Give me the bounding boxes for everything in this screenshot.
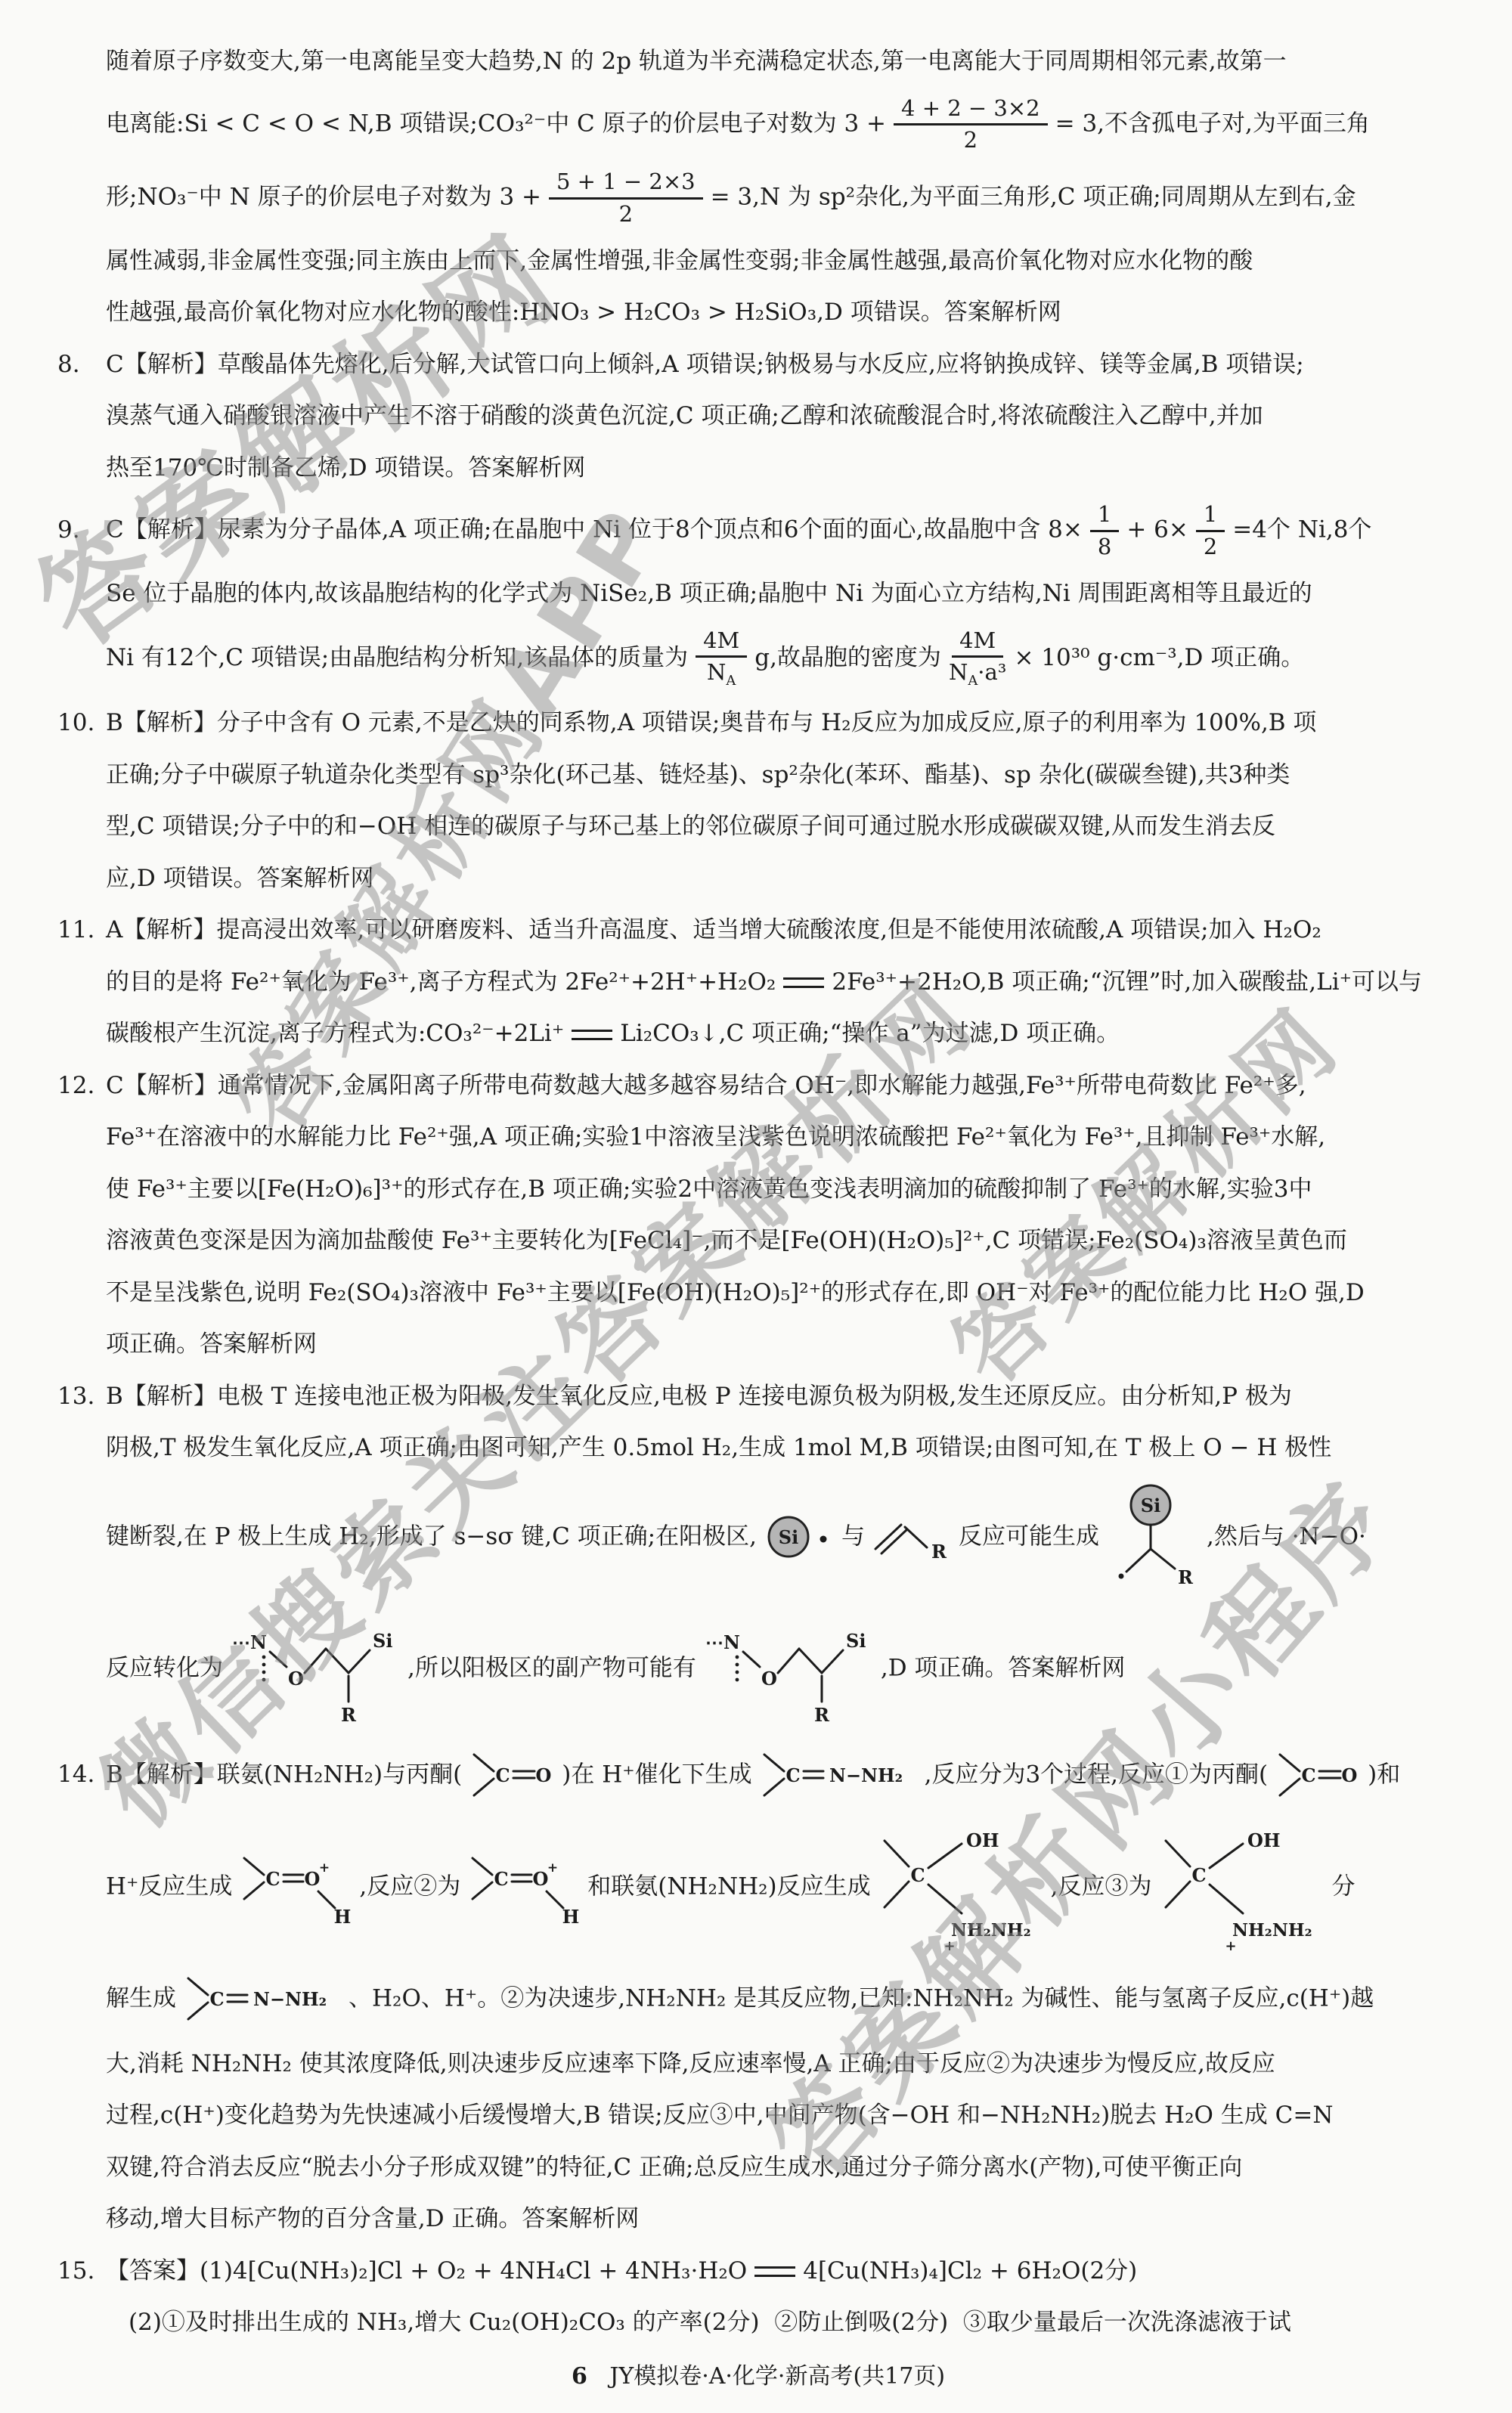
text-line: 解生成 C N−NH₂ 、H₂O、H⁺。②为决速步,NH₂NH₂ 是其反应物,已… <box>57 1969 1459 2030</box>
text-run: 2 <box>619 201 633 227</box>
lone-pair-dot <box>262 1670 266 1674</box>
svg-text:N−NH₂: N−NH₂ <box>253 1988 327 2010</box>
svg-text:+: + <box>1225 1938 1236 1953</box>
fraction-denominator: 2 <box>619 200 633 227</box>
text-run: N <box>707 659 726 685</box>
text-run: 碳酸根产生沉淀,离子方程式为:CO₃²⁻+2Li⁺ <box>106 1020 564 1047</box>
structure-carbonyl-icon: C O <box>468 1745 556 1806</box>
text-line: 形;NO₃⁻中 N 原子的价层电子对数为 3 +5 + 1 − 2×32= 3,… <box>57 169 1459 227</box>
text-run: 属性减弱,非金属性变强;同主族由上而下,金属性增强,非金属性变弱;非金属性越强,… <box>106 247 1253 274</box>
structure-protonated-carbonyl-icon: C O + H <box>238 1849 353 1926</box>
text-line: 应,D 项错误。答案解析网 <box>57 861 1459 897</box>
text-run: C【解析】尿素为分子晶体,A 项正确;在晶胞中 Ni 位于8个顶点和6个面的面心… <box>106 516 1083 544</box>
text-run: 电离能:Si < C < O < N,B 项错误;CO₃²⁻中 C 原子的价层电… <box>106 110 886 137</box>
svg-text:+: + <box>943 1938 955 1953</box>
svg-text:⋯N: ⋯N <box>705 1631 740 1653</box>
text-run: ,D 项正确。答案解析网 <box>881 1654 1126 1681</box>
svg-text:H: H <box>334 1906 352 1926</box>
booklet-title: JY模拟卷·A·化学·新高考(共17页) <box>609 2363 945 2390</box>
text-line: 键断裂,在 P 极上生成 H₂,形成了 s−sσ 键,C 项正确;在阳极区, S… <box>57 1482 1459 1593</box>
text-line: 15.【答案】(1)4[Cu(NH₃)₂]Cl + O₂ + 4NH₄Cl + … <box>57 2253 1459 2289</box>
lone-pair-dot <box>262 1655 266 1659</box>
text-run: 项正确。答案解析网 <box>106 1330 317 1358</box>
text-run: 阴极,T 极发生氧化反应,A 项正确;由图可知,产生 0.5mol H₂,生成 … <box>106 1434 1331 1461</box>
text-run: 2Fe³⁺+2H₂O,B 项正确;“沉锂”时,加入碳酸盐,Li⁺可以与 <box>832 968 1422 996</box>
text-line: 移动,增大目标产物的百分含量,D 正确。答案解析网 <box>57 2201 1459 2237</box>
svg-text:C: C <box>1302 1764 1316 1786</box>
text-run: = 3,N 为 sp²杂化,为平面三角形,C 项正确;同周期从左到右,金 <box>711 184 1356 211</box>
svg-text:C: C <box>496 1764 510 1786</box>
text-line: 性越强,最高价氧化物对应水化物的酸性:HNO₃ > H₂CO₃ > H₂SiO₃… <box>57 295 1459 330</box>
text-run: 型,C 项错误;分子中的和−OH 相连的碳原子与环己基上的邻位碳原子间可通过脱水… <box>106 813 1275 840</box>
text-run: 大,消耗 NH₂NH₂ 使其浓度降低,则决速步反应速率下降,反应速率慢,A 正确… <box>106 2050 1275 2077</box>
lone-pair-dot <box>735 1662 739 1666</box>
scanned-answer-page: 答案解析网 答案解析网APP 微信搜索关注答案解析网 答案解析网 答案解析网小程… <box>0 0 1512 2413</box>
text-line: 过程,c(H⁺)变化趋势为先快速减小后缓慢增大,B 错误;反应③中,中间产物(含… <box>57 2098 1459 2133</box>
fraction-denominator: 2 <box>1204 532 1217 559</box>
text-run: Se 位于晶胞的体内,故该晶胞结构的化学式为 NiSe₂,B 项正确;晶胞中 N… <box>106 580 1312 607</box>
text-line: 8.C【解析】草酸晶体先熔化,后分解,大试管口向上倾斜,A 项错误;钠极易与水反… <box>57 347 1459 383</box>
answer-item-9: 9.C【解析】尿素为分子晶体,A 项正确;在晶胞中 Ni 位于8个顶点和6个面的… <box>57 502 1459 689</box>
fraction-numerator: 5 + 1 − 2×3 <box>549 169 703 199</box>
structure-imine-hydrazone-icon: C N−NH₂ <box>758 1745 919 1806</box>
text-line: 11.A【解析】提高浸出效率,可以研磨废料、适当升高温度、适当增大硫酸浓度,但是… <box>57 912 1459 948</box>
fraction-denominator: 8 <box>1098 532 1111 559</box>
item-number: 9. <box>57 513 106 548</box>
text-run: ,反应②为 <box>359 1872 460 1900</box>
fraction: 4MNA·a³ <box>949 628 1007 689</box>
structure-carbinolamine-intermediate-icon: C OH NH₂NH₂ + <box>877 1823 1045 1953</box>
fraction-numerator: 1 <box>1090 502 1119 531</box>
text-run: 4M <box>703 627 739 653</box>
text-run: g,故晶胞的密度为 <box>754 643 941 671</box>
text-run: 2 <box>1204 534 1217 559</box>
text-line: 溴蒸气通入硝酸银溶液中产生不溶于硝酸的淡黄色沉淀,C 项正确;乙醇和浓硫酸混合时… <box>57 398 1459 434</box>
answer-item-10: 10.B【解析】分子中含有 O 元素,不是乙炔的同系物,A 项错误;奥昔布与 H… <box>57 705 1459 896</box>
text-run: ,所以阳极区的副产物可能有 <box>407 1654 696 1681</box>
svg-text:C: C <box>1191 1864 1206 1886</box>
text-run: 5 + 1 − 2×3 <box>556 169 696 194</box>
fraction-numerator: 4M <box>696 628 747 658</box>
text-run: 键断裂,在 P 极上生成 H₂,形成了 s−sσ 键,C 项正确;在阳极区, <box>106 1522 757 1550</box>
answer-item-11: 11.A【解析】提高浸出效率,可以研磨废料、适当升高温度、适当增大硫酸浓度,但是… <box>57 912 1459 1052</box>
answer-item-7-continued: 随着原子序数变大,第一电离能呈变大趋势,N 的 2p 轨道为半充满稳定状态,第一… <box>57 44 1459 330</box>
svg-text:C: C <box>785 1764 800 1786</box>
lone-pair-dot <box>735 1670 739 1674</box>
text-run: 4[Cu(NH₃)₄]Cl₂ + 6H₂O(2分) <box>803 2257 1137 2284</box>
text-line: 随着原子序数变大,第一电离能呈变大趋势,N 的 2p 轨道为半充满稳定状态,第一… <box>57 44 1459 79</box>
svg-text:O: O <box>761 1668 777 1690</box>
svg-text:O: O <box>1342 1764 1358 1786</box>
fraction: 18 <box>1090 502 1119 559</box>
lone-pair-dot <box>262 1677 266 1681</box>
text-line: 14.B【解析】联氨(NH₂NH₂)与丙酮( C O )在 H⁺催化下生成 C … <box>57 1745 1459 1806</box>
structure-silyl-radical-icon: Si <box>763 1511 835 1564</box>
text-line: Se 位于晶胞的体内,故该晶胞结构的化学式为 NiSe₂,B 项正确;晶胞中 N… <box>57 576 1459 612</box>
text-run: N <box>949 659 968 685</box>
fraction: 4MNA <box>696 628 747 689</box>
text-run: 溶液黄色变深是因为滴加盐酸使 Fe³⁺主要转化为[FeCl₄]⁻,而不是[Fe(… <box>106 1227 1347 1254</box>
item-number: 12. <box>57 1068 106 1104</box>
text-run: Ni 有12个,C 项错误;由晶胞结构分析知,该晶体的质量为 <box>106 643 688 671</box>
svg-text:C: C <box>910 1864 925 1886</box>
subscript: A <box>726 673 736 689</box>
text-line: H⁺反应生成 C O + H ,反应②为 C O + H 和联氨(NH₂NH₂)… <box>57 1823 1459 1953</box>
page-footer: 6 JY模拟卷·A·化学·新高考(共17页) <box>57 2357 1459 2390</box>
text-run: + 6× <box>1126 516 1188 544</box>
svg-text:O: O <box>288 1668 304 1690</box>
text-run: 1 <box>1204 501 1217 527</box>
text-run: Li₂CO₃↓,C 项正确;“操作 a”为过滤,D 项正确。 <box>620 1020 1120 1047</box>
text-run: ,然后与 ·N−O· <box>1207 1522 1366 1550</box>
text-run: C【解析】通常情况下,金属阳离子所带电荷数越大越多越容易结合 OH⁻,即水解能力… <box>106 1072 1306 1099</box>
fraction-numerator: 4M <box>952 628 1003 658</box>
radical-dot-icon <box>1118 1573 1123 1578</box>
answer-item-13: 13.B【解析】电极 T 连接电池正极为阳极,发生氧化反应,电极 P 连接电源负… <box>57 1379 1459 1729</box>
text-run: 的目的是将 Fe²⁺氧化为 Fe³⁺,离子方程式为 2Fe²⁺+2H⁺+H₂O₂ <box>106 968 776 996</box>
text-run: 4M <box>959 627 996 653</box>
text-line: 正确;分子中碳原子轨道杂化类型有 sp³杂化(环己基、链烃基)、sp²杂化(苯环… <box>57 757 1459 793</box>
text-run: 、H₂O、H⁺。②为决速步,NH₂NH₂ 是其反应物,已知:NH₂NH₂ 为碱性… <box>349 1984 1374 2012</box>
fraction: 12 <box>1196 502 1225 559</box>
text-run: 分 <box>1332 1872 1356 1900</box>
text-line: 10.B【解析】分子中含有 O 元素,不是乙炔的同系物,A 项错误;奥昔布与 H… <box>57 705 1459 741</box>
text-run: 过程,c(H⁺)变化趋势为先快速减小后缓慢增大,B 错误;反应③中,中间产物(含… <box>106 2102 1333 2129</box>
text-line: 溶液黄色变深是因为滴加盐酸使 Fe³⁺主要转化为[FeCl₄]⁻,而不是[Fe(… <box>57 1223 1459 1259</box>
text-line: 12.C【解析】通常情况下,金属阳离子所带电荷数越大越多越容易结合 OH⁻,即水… <box>57 1068 1459 1104</box>
answer-item-8: 8.C【解析】草酸晶体先熔化,后分解,大试管口向上倾斜,A 项错误;钠极易与水反… <box>57 347 1459 486</box>
lone-pair-dot <box>262 1662 266 1666</box>
lone-pair-dot <box>735 1655 739 1659</box>
text-run: 移动,增大目标产物的百分含量,D 正确。答案解析网 <box>106 2205 639 2232</box>
svg-text:Si: Si <box>846 1630 866 1652</box>
text-run: 双键,符合消去反应“脱去小分子形成双键”的特征,C 正确;总反应生成水,通过分子… <box>106 2154 1242 2181</box>
fraction: 5 + 1 − 2×32 <box>549 169 703 227</box>
text-run: 溴蒸气通入硝酸银溶液中产生不溶于硝酸的淡黄色沉淀,C 项正确;乙醇和浓硫酸混合时… <box>106 402 1263 429</box>
answer-item-15: 15.【答案】(1)4[Cu(NH₃)₂]Cl + O₂ + 4NH₄Cl + … <box>57 2253 1459 2340</box>
text-run: B【解析】联氨(NH₂NH₂)与丙酮( <box>106 1761 462 1788</box>
answer-item-12: 12.C【解析】通常情况下,金属阳离子所带电荷数越大越多越容易结合 OH⁻,即水… <box>57 1068 1459 1362</box>
svg-text:R: R <box>931 1541 947 1561</box>
fraction: 4 + 2 − 3×22 <box>894 96 1048 153</box>
svg-text:R: R <box>341 1704 357 1726</box>
text-run: ,反应③为 <box>1051 1872 1152 1900</box>
text-line: Ni 有12个,C 项错误;由晶胞结构分析知,该晶体的质量为4MNAg,故晶胞的… <box>57 628 1459 689</box>
fraction-numerator: 1 <box>1196 502 1225 531</box>
structure-protonated-carbonyl-icon: C O + H <box>466 1849 581 1926</box>
text-line: 双键,符合消去反应“脱去小分子形成双键”的特征,C 正确;总反应生成水,通过分子… <box>57 2150 1459 2185</box>
structure-n-o-ch-si-r-icon: ⋯N O Si R <box>702 1609 875 1729</box>
text-line: (2)①及时排出生成的 NH₃,增大 Cu₂(OH)₂CO₃ 的产率(2分) ②… <box>57 2305 1459 2340</box>
svg-text:C: C <box>209 1988 224 2010</box>
fraction-denominator: NA·a³ <box>949 658 1007 689</box>
text-line: 大,消耗 NH₂NH₂ 使其浓度降低,则决速步反应速率下降,反应速率慢,A 正确… <box>57 2046 1459 2082</box>
svg-text:C: C <box>266 1868 280 1890</box>
item-number: 11. <box>57 912 106 948</box>
text-run: A【解析】提高浸出效率,可以研磨废料、适当升高温度、适当增大硫酸浓度,但是不能使… <box>106 916 1321 943</box>
structure-carbinolamine-intermediate-icon: C OH NH₂NH₂ + <box>1158 1823 1326 1953</box>
text-run: 使 Fe³⁺主要以[Fe(H₂O)₆]³⁺的形式存在,B 项正确;实验2中溶液黄… <box>106 1176 1312 1203</box>
chem-equals-sign <box>783 977 824 988</box>
text-run: ,反应分为3个过程,反应①为丙酮( <box>925 1761 1269 1788</box>
text-run: 和联氨(NH₂NH₂)反应生成 <box>587 1872 870 1900</box>
text-line: 项正确。答案解析网 <box>57 1327 1459 1362</box>
text-run: =4个 Ni,8个 <box>1232 516 1371 544</box>
svg-text:Si: Si <box>1141 1495 1160 1516</box>
text-run: 不是呈浅紫色,说明 Fe₂(SO₄)₃溶液中 Fe³⁺主要以[Fe(OH)(H₂… <box>106 1279 1365 1306</box>
text-line: Fe³⁺在溶液中的水解能力比 Fe²⁺强,A 项正确;实验1中溶液呈浅紫色说明浓… <box>57 1120 1459 1155</box>
text-line: 13.B【解析】电极 T 连接电池正极为阳极,发生氧化反应,电极 P 连接电源负… <box>57 1379 1459 1414</box>
item-number: 13. <box>57 1379 106 1414</box>
fraction-denominator: NA <box>707 658 736 689</box>
answers-list: 随着原子序数变大,第一电离能呈变大趋势,N 的 2p 轨道为半充满稳定状态,第一… <box>57 44 1459 2340</box>
text-run: C【解析】草酸晶体先熔化,后分解,大试管口向上倾斜,A 项错误;钠极易与水反应,… <box>106 351 1304 378</box>
text-run: B【解析】分子中含有 O 元素,不是乙炔的同系物,A 项错误;奥昔布与 H₂反应… <box>106 709 1316 736</box>
structure-imine-hydrazone-icon: C N−NH₂ <box>182 1969 342 2030</box>
item-number: 8. <box>57 347 106 383</box>
text-run: 应,D 项错误。答案解析网 <box>106 865 374 892</box>
svg-text:R: R <box>1178 1566 1194 1588</box>
text-run: (2)①及时排出生成的 NH₃,增大 Cu₂(OH)₂CO₃ 的产率(2分) ②… <box>129 2309 1291 2336</box>
text-run: Fe³⁺在溶液中的水解能力比 Fe²⁺强,A 项正确;实验1中溶液呈浅紫色说明浓… <box>106 1123 1325 1151</box>
svg-text:O: O <box>305 1868 321 1890</box>
text-line: 的目的是将 Fe²⁺氧化为 Fe³⁺,离子方程式为 2Fe²⁺+2H⁺+H₂O₂… <box>57 965 1459 1000</box>
text-run: 1 <box>1098 501 1111 527</box>
text-line: 属性减弱,非金属性变强;同主族由上而下,金属性增强,非金属性变弱;非金属性越强,… <box>57 243 1459 279</box>
text-run: 形;NO₃⁻中 N 原子的价层电子对数为 3 + <box>106 184 541 211</box>
radical-dot-icon <box>820 1535 826 1542</box>
chem-equals-sign <box>754 2266 795 2277</box>
text-run: H⁺反应生成 <box>106 1872 232 1900</box>
structure-carbonyl-icon: C O <box>1274 1745 1362 1806</box>
text-run: 反应可能生成 <box>959 1522 1099 1550</box>
structure-alkene-r-icon: R <box>871 1514 953 1561</box>
text-line: 反应转化为 ⋯N O Si R ,所以阳极区的副产物可能有 ⋯N O <box>57 1609 1459 1729</box>
item-number: 10. <box>57 705 106 741</box>
text-line: 型,C 项错误;分子中的和−OH 相连的碳原子与环己基上的邻位碳原子间可通过脱水… <box>57 809 1459 844</box>
text-run: 【答案】(1)4[Cu(NH₃)₂]Cl + O₂ + 4NH₄Cl + 4NH… <box>106 2257 747 2284</box>
svg-text:+: + <box>319 1860 330 1876</box>
text-run: )在 H⁺催化下生成 <box>562 1761 751 1788</box>
svg-text:⋯N: ⋯N <box>232 1631 267 1653</box>
text-run: 4 + 2 − 3×2 <box>901 95 1040 121</box>
text-run: 2 <box>964 127 978 153</box>
fraction-numerator: 4 + 2 − 3×2 <box>894 96 1048 125</box>
svg-text:C: C <box>494 1868 509 1890</box>
text-run: 随着原子序数变大,第一电离能呈变大趋势,N 的 2p 轨道为半充满稳定状态,第一… <box>106 48 1287 75</box>
svg-text:OH: OH <box>966 1829 999 1851</box>
text-run: × 10³⁰ g·cm⁻³,D 项正确。 <box>1014 643 1304 671</box>
text-line: 9.C【解析】尿素为分子晶体,A 项正确;在晶胞中 Ni 位于8个顶点和6个面的… <box>57 502 1459 559</box>
svg-text:N−NH₂: N−NH₂ <box>829 1764 903 1786</box>
text-line: 阴极,T 极发生氧化反应,A 项正确;由图可知,产生 0.5mol H₂,生成 … <box>57 1430 1459 1466</box>
text-run: 8 <box>1098 534 1111 559</box>
text-line: 热至170℃时制备乙烯,D 项错误。答案解析网 <box>57 451 1459 486</box>
text-run: B【解析】电极 T 连接电池正极为阳极,发生氧化反应,电极 P 连接电源负极为阴… <box>106 1383 1292 1410</box>
svg-text:OH: OH <box>1247 1829 1281 1851</box>
subscript: A <box>968 673 978 689</box>
svg-text:NH₂NH₂: NH₂NH₂ <box>1232 1920 1312 1941</box>
text-run: 与 <box>841 1522 865 1550</box>
text-line: 电离能:Si < C < O < N,B 项错误;CO₃²⁻中 C 原子的价层电… <box>57 96 1459 153</box>
text-run: )和 <box>1368 1761 1400 1788</box>
svg-text:Si: Si <box>373 1630 392 1652</box>
fraction-denominator: 2 <box>964 125 978 153</box>
text-line: 使 Fe³⁺主要以[Fe(H₂O)₆]³⁺的形式存在,B 项正确;实验2中溶液黄… <box>57 1172 1459 1207</box>
text-run: 解生成 <box>106 1984 176 2012</box>
text-run: = 3,不含孤电子对,为平面三角 <box>1055 110 1370 137</box>
text-line: 不是呈浅紫色,说明 Fe₂(SO₄)₃溶液中 Fe³⁺主要以[Fe(OH)(H₂… <box>57 1275 1459 1311</box>
text-run: 热至170℃时制备乙烯,D 项错误。答案解析网 <box>106 454 585 482</box>
structure-n-o-ch-si-r-icon: ⋯N O Si R <box>229 1609 401 1729</box>
lone-pair-dot <box>735 1677 739 1681</box>
svg-text:+: + <box>547 1860 558 1876</box>
item-number: 14. <box>57 1757 106 1792</box>
item-number: 15. <box>57 2253 106 2289</box>
answer-item-14: 14.B【解析】联氨(NH₂NH₂)与丙酮( C O )在 H⁺催化下生成 C … <box>57 1745 1459 2237</box>
svg-text:R: R <box>814 1704 830 1726</box>
svg-text:O: O <box>533 1868 549 1890</box>
text-run: ·a³ <box>978 659 1006 685</box>
text-run: 性越强,最高价氧化物对应水化物的酸性:HNO₃ > H₂CO₃ > H₂SiO₃… <box>106 299 1061 326</box>
text-run: 反应转化为 <box>106 1654 223 1681</box>
svg-text:H: H <box>562 1906 580 1926</box>
structure-si-carbon-r-icon: Si R <box>1105 1482 1201 1593</box>
svg-text:Si: Si <box>779 1526 798 1548</box>
svg-text:O: O <box>536 1764 552 1786</box>
text-run: 正确;分子中碳原子轨道杂化类型有 sp³杂化(环己基、链烃基)、sp²杂化(苯环… <box>106 761 1290 788</box>
chem-equals-sign <box>572 1030 612 1040</box>
text-line: 碳酸根产生沉淀,离子方程式为:CO₃²⁻+2Li⁺Li₂CO₃↓,C 项正确;“… <box>57 1016 1459 1052</box>
page-number: 6 <box>572 2363 587 2390</box>
svg-text:NH₂NH₂: NH₂NH₂ <box>951 1920 1031 1941</box>
